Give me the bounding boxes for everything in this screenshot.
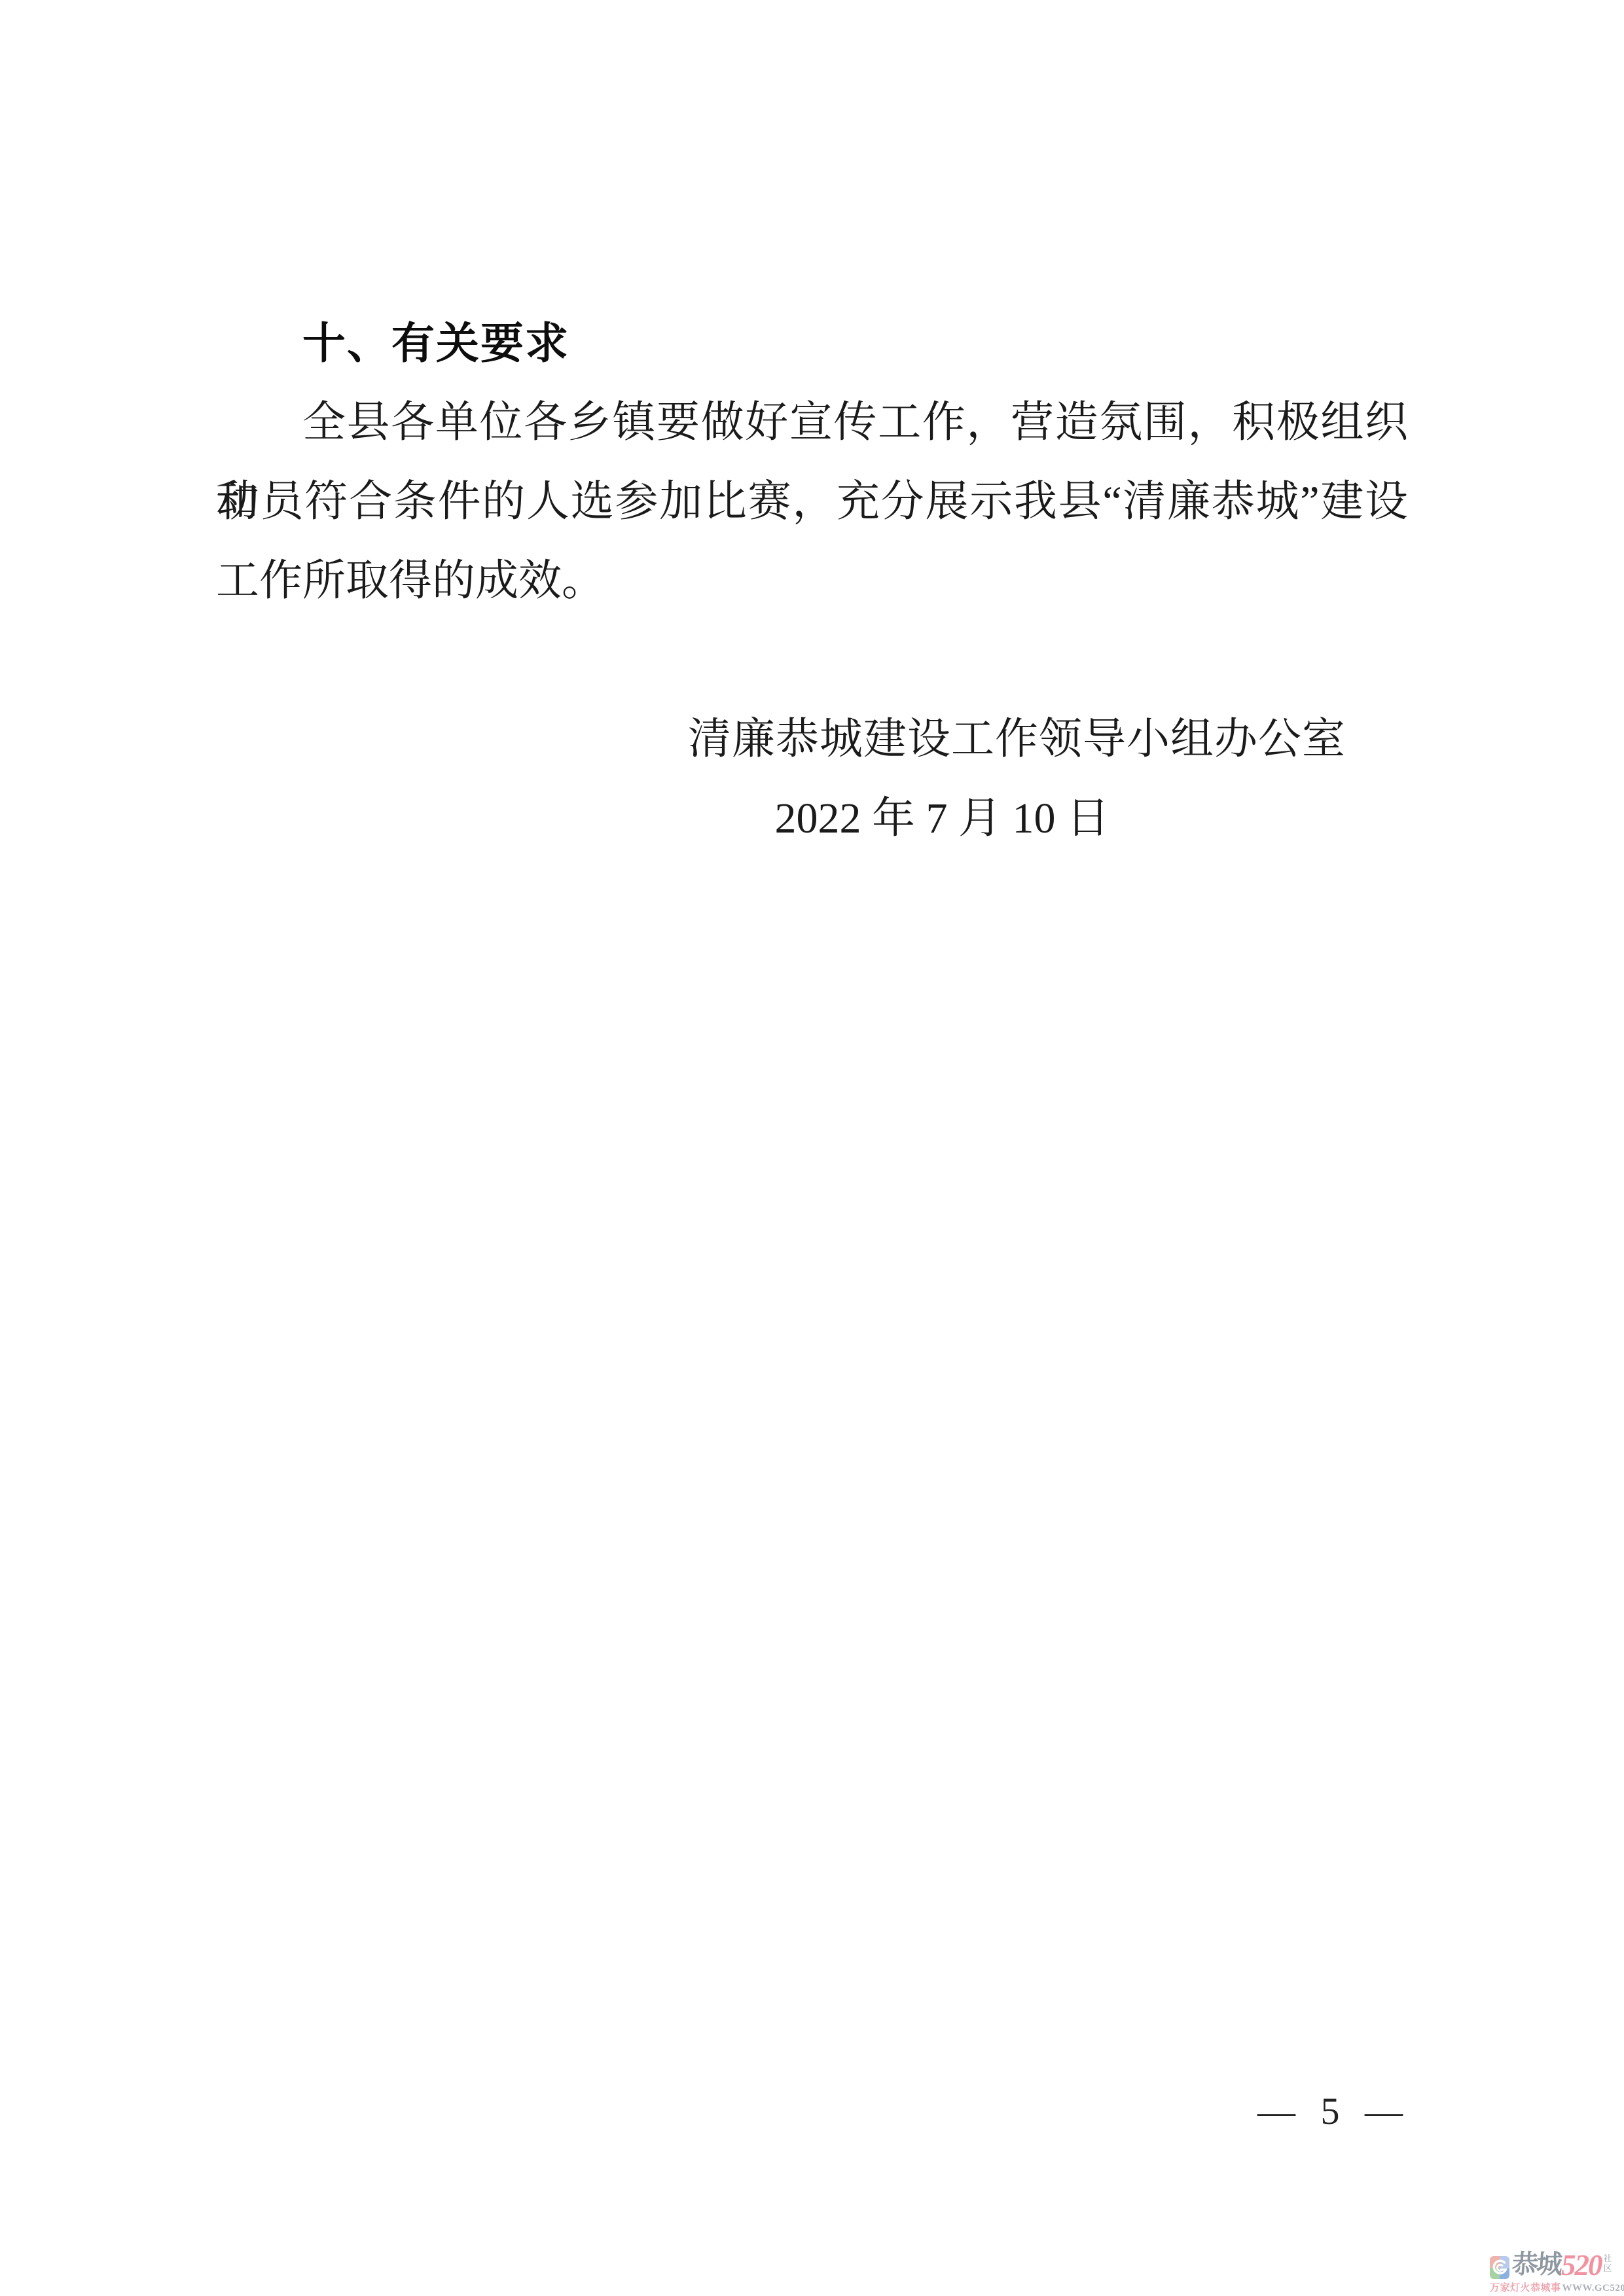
watermark-tagline-row: 万家灯火恭城事 WWW.GC520.CN bbox=[1490, 2283, 1624, 2294]
section-heading-text: 十、有关要求 bbox=[302, 318, 569, 368]
document-page: 十、有关要求 全县各单位各乡镇要做好宣传工作，营造氛围，积极组织和 动员符合条件… bbox=[0, 0, 1624, 2296]
watermark-site-number: 520 bbox=[1561, 2250, 1602, 2281]
watermark-community-char: 社 bbox=[1604, 2253, 1612, 2263]
section-heading: 十、有关要求 bbox=[216, 304, 1408, 383]
blank-line bbox=[216, 620, 1408, 700]
watermark-community-char: 区 bbox=[1604, 2263, 1612, 2273]
gc520-logo-icon bbox=[1490, 2256, 1509, 2279]
paragraph-line: 动员符合条件的人选参加比赛，充分展示我县“清廉恭城”建设 bbox=[216, 462, 1408, 541]
watermark-community-label: 社 区 bbox=[1604, 2253, 1612, 2273]
page-number: — 5 — bbox=[1257, 2085, 1403, 2138]
paragraph-line: 工作所取得的成效。 bbox=[216, 541, 1408, 620]
paragraph-line: 全县各单位各乡镇要做好宣传工作，营造氛围，积极组织和 bbox=[216, 383, 1408, 462]
site-watermark: 恭城 520 社 区 万家灯火恭城事 WWW.GC520.CN bbox=[1490, 2250, 1624, 2295]
document-body: 十、有关要求 全县各单位各乡镇要做好宣传工作，营造氛围，积极组织和 动员符合条件… bbox=[216, 304, 1408, 858]
signature-organization: 清廉恭城建设工作领导小组办公室 bbox=[216, 700, 1408, 779]
watermark-site-name: 恭城 bbox=[1511, 2250, 1561, 2280]
logo-g-spiral-icon bbox=[1490, 2256, 1509, 2279]
watermark-slogan: 万家灯火恭城事 bbox=[1490, 2283, 1561, 2294]
watermark-brand-row: 恭城 520 社 区 bbox=[1490, 2250, 1624, 2281]
signature-date: 2022 年 7 月 10 日 bbox=[216, 779, 1408, 858]
watermark-url: WWW.GC520.CN bbox=[1562, 2283, 1624, 2294]
